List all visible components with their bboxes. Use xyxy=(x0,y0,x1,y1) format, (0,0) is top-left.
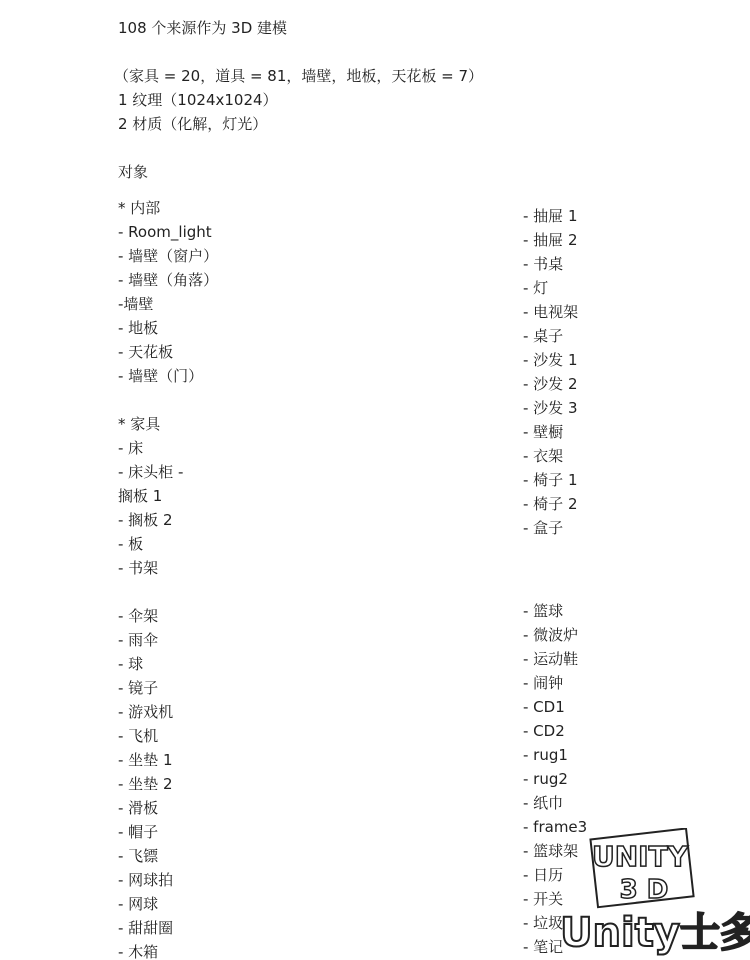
list-item: - 飞机 xyxy=(118,724,158,748)
list-item: - 开关 xyxy=(523,887,563,911)
list-item: - 桌子 xyxy=(523,324,563,348)
texture-info: 1 纹理（1024x1024） xyxy=(118,88,278,112)
list-item: - 坐垫 1 xyxy=(118,748,173,772)
list-item: - 垃圾 xyxy=(523,911,563,935)
list-item: - 沙发 3 xyxy=(523,396,578,420)
list-item: - 日历 xyxy=(523,863,563,887)
list-item: - 抽屉 2 xyxy=(523,228,578,252)
list-item: - 篮球 xyxy=(523,599,563,623)
list-item: - 镜子 xyxy=(118,676,158,700)
list-item: - 沙发 2 xyxy=(523,372,578,396)
list-item: - 网球拍 xyxy=(118,868,173,892)
list-item: - 伞架 xyxy=(118,604,158,628)
list-item: - 书架 xyxy=(118,556,158,580)
list-item: - 天花板 xyxy=(118,340,173,364)
list-item: - 运动鞋 xyxy=(523,647,578,671)
list-item: - 盒子 xyxy=(523,516,563,540)
list-item: - 椅子 1 xyxy=(523,468,578,492)
list-item: - 笔记 xyxy=(523,935,563,959)
list-item: - 地板 xyxy=(118,316,158,340)
material-info: 2 材质（化解，灯光） xyxy=(118,112,267,136)
list-item: - 墙壁（门） xyxy=(118,364,203,388)
list-item: - frame3 xyxy=(523,815,587,839)
document-title: 108 个来源作为 3D 建模 xyxy=(118,16,287,40)
watermark-line3: Unity士多 xyxy=(560,910,750,956)
list-item: - 抽屉 1 xyxy=(523,204,578,228)
list-item: - 板 xyxy=(118,532,143,556)
list-item: - 帽子 xyxy=(118,820,158,844)
list-item: - 网球 xyxy=(118,892,158,916)
list-item: - 木箱 xyxy=(118,940,158,960)
list-item: - 闹钟 xyxy=(523,671,563,695)
list-item: - 电视架 xyxy=(523,300,578,324)
list-item: - 床头柜 - xyxy=(118,460,183,484)
list-item: - 衣架 xyxy=(523,444,563,468)
list-item: - CD2 xyxy=(523,719,565,743)
list-item: - 篮球架 xyxy=(523,839,578,863)
unity-watermark-logo: UNITY 3 D Unity士多 xyxy=(560,828,750,960)
list-item: - 椅子 2 xyxy=(523,492,578,516)
list-item: - 雨伞 xyxy=(118,628,158,652)
list-item: - 游戏机 xyxy=(118,700,173,724)
list-item: -墙壁 xyxy=(118,292,153,316)
list-item: - 墙壁（窗户） xyxy=(118,244,218,268)
list-item: - rug2 xyxy=(523,767,568,791)
list-item: - 纸巾 xyxy=(523,791,563,815)
list-item: - 床 xyxy=(118,436,143,460)
list-item: - CD1 xyxy=(523,695,565,719)
watermark-line2: 3 D xyxy=(620,875,669,905)
list-item: - 壁橱 xyxy=(523,420,563,444)
list-item: - 飞镖 xyxy=(118,844,158,868)
list-item: - 微波炉 xyxy=(523,623,578,647)
list-item: - 搁板 2 xyxy=(118,508,173,532)
list-item: - 坐垫 2 xyxy=(118,772,173,796)
list-item: * 内部 xyxy=(118,196,160,220)
list-item: * 家具 xyxy=(118,412,160,436)
asset-summary: （家具 = 20，道具 = 81，墙壁，地板，天花板 = 7） xyxy=(114,64,483,88)
watermark-line1: UNITY xyxy=(592,840,689,873)
list-item: - 球 xyxy=(118,652,143,676)
list-item: - 灯 xyxy=(523,276,548,300)
list-item: - 书桌 xyxy=(523,252,563,276)
list-item: 搁板 1 xyxy=(118,484,162,508)
list-item: - 滑板 xyxy=(118,796,158,820)
list-item: - rug1 xyxy=(523,743,568,767)
list-item: - 墙壁（角落） xyxy=(118,268,218,292)
list-item: - 甜甜圈 xyxy=(118,916,173,940)
list-item: - Room_light xyxy=(118,220,212,244)
list-item: - 沙发 1 xyxy=(523,348,578,372)
objects-heading: 对象 xyxy=(118,160,148,184)
